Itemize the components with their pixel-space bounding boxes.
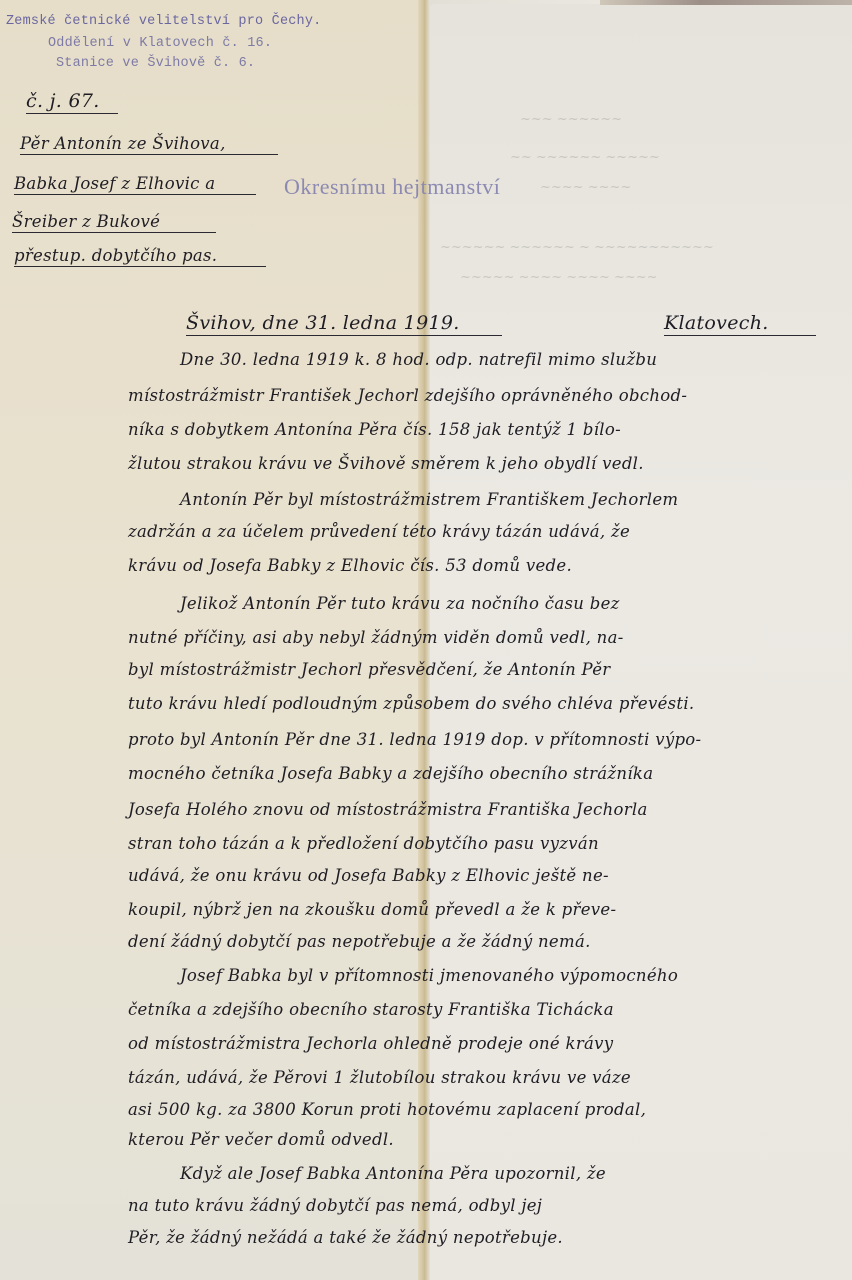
body-line: tázán, udává, že Pěrovi 1 žlutobílou str… [128,1068,848,1087]
subject-line-1: Pěr Antonín ze Švihova, [20,134,278,155]
addressee-place: Klatovech. [664,312,816,336]
body-line: četníka a zdejšího obecního starosty Fra… [128,1000,848,1019]
body-line: krávu od Josefa Babky z Elhovic čís. 53 … [128,556,848,575]
body-line: níka s dobytkem Antonína Pěra čís. 158 j… [128,420,848,439]
reference-number: č. j. 67. [26,90,118,114]
body-line: stran toho tázán a k předložení dobytčíh… [128,834,848,853]
background-strip [600,0,852,5]
body-line: proto byl Antonín Pěr dne 31. ledna 1919… [128,730,848,749]
body-line: žlutou strakou krávu ve Švihově směrem k… [128,454,848,473]
bleed-through-text: ~~~~~~ ~~~~~~ ~ ~~~~~~~~~~~ [440,240,714,255]
body-line: Josefa Holého znovu od místostrážmistra … [128,800,848,819]
body-line: nutné příčiny, asi aby nebyl žádným vidě… [128,628,848,647]
body-line: Pěr, že žádný nežádá a také že žádný nep… [128,1228,848,1247]
body-line: mocného četníka Josefa Babky a zdejšího … [128,764,848,783]
bleed-through-text: ~~~~~ ~~~~ ~~~~ ~~~~ [460,270,658,285]
body-line: na tuto krávu žádný dobytčí pas nemá, od… [128,1196,848,1215]
document-sheet: ~~~ ~~~~~~ ~~ ~~~~~~ ~~~~~ ~~~~ ~~~~ ~~~… [0,0,852,1280]
bleed-through-text: ~~ ~~~~~~ ~~~~~ [510,150,660,165]
bleed-through-text: ~~~ ~~~~~~ [520,112,622,127]
stamp-header-line2: Oddělení v Klatovech č. 16. [48,36,272,51]
stamp-header-line1: Zemské četnické velitelství pro Čechy. [6,14,321,29]
addressee-stamp: Okresnímu hejtmanství [284,174,500,200]
body-line: Jelikož Antonín Pěr tuto krávu za nočníh… [180,594,848,613]
body-line: Antonín Pěr byl místostrážmistrem Franti… [180,490,848,509]
subject-line-2: Babka Josef z Elhovic a [14,174,256,195]
place-date: Švihov, dne 31. ledna 1919. [186,312,502,336]
stamp-header-line3: Stanice ve Švihově č. 6. [56,56,255,71]
body-line: tuto krávu hledí podloudným způsobem do … [128,694,848,713]
body-line: kterou Pěr večer domů odvedl. [128,1130,848,1149]
body-line: koupil, nýbrž jen na zkoušku domů převed… [128,900,848,919]
body-line: od místostrážmistra Jechorla ohledně pro… [128,1034,848,1053]
subject-line-4: přestup. dobytčího pas. [14,246,266,267]
body-line: zadržán a za účelem průvedení této krávy… [128,522,848,541]
body-line: asi 500 kg. za 3800 Korun proti hotovému… [128,1100,848,1119]
subject-line-3: Šreiber z Bukové [12,212,216,233]
body-line: Když ale Josef Babka Antonína Pěra upozo… [180,1164,848,1183]
body-line: byl místostrážmistr Jechorl přesvědčení,… [128,660,848,679]
body-line: udává, že onu krávu od Josefa Babky z El… [128,866,848,885]
body-line: dení žádný dobytčí pas nepotřebuje a že … [128,932,848,951]
body-line: Dne 30. ledna 1919 k. 8 hod. odp. natref… [180,350,848,369]
body-line: Josef Babka byl v přítomnosti jmenovanéh… [180,966,848,985]
bleed-through-text: ~~~~ ~~~~ [540,180,631,195]
body-line: místostrážmistr František Jechorl zdejší… [128,386,848,405]
